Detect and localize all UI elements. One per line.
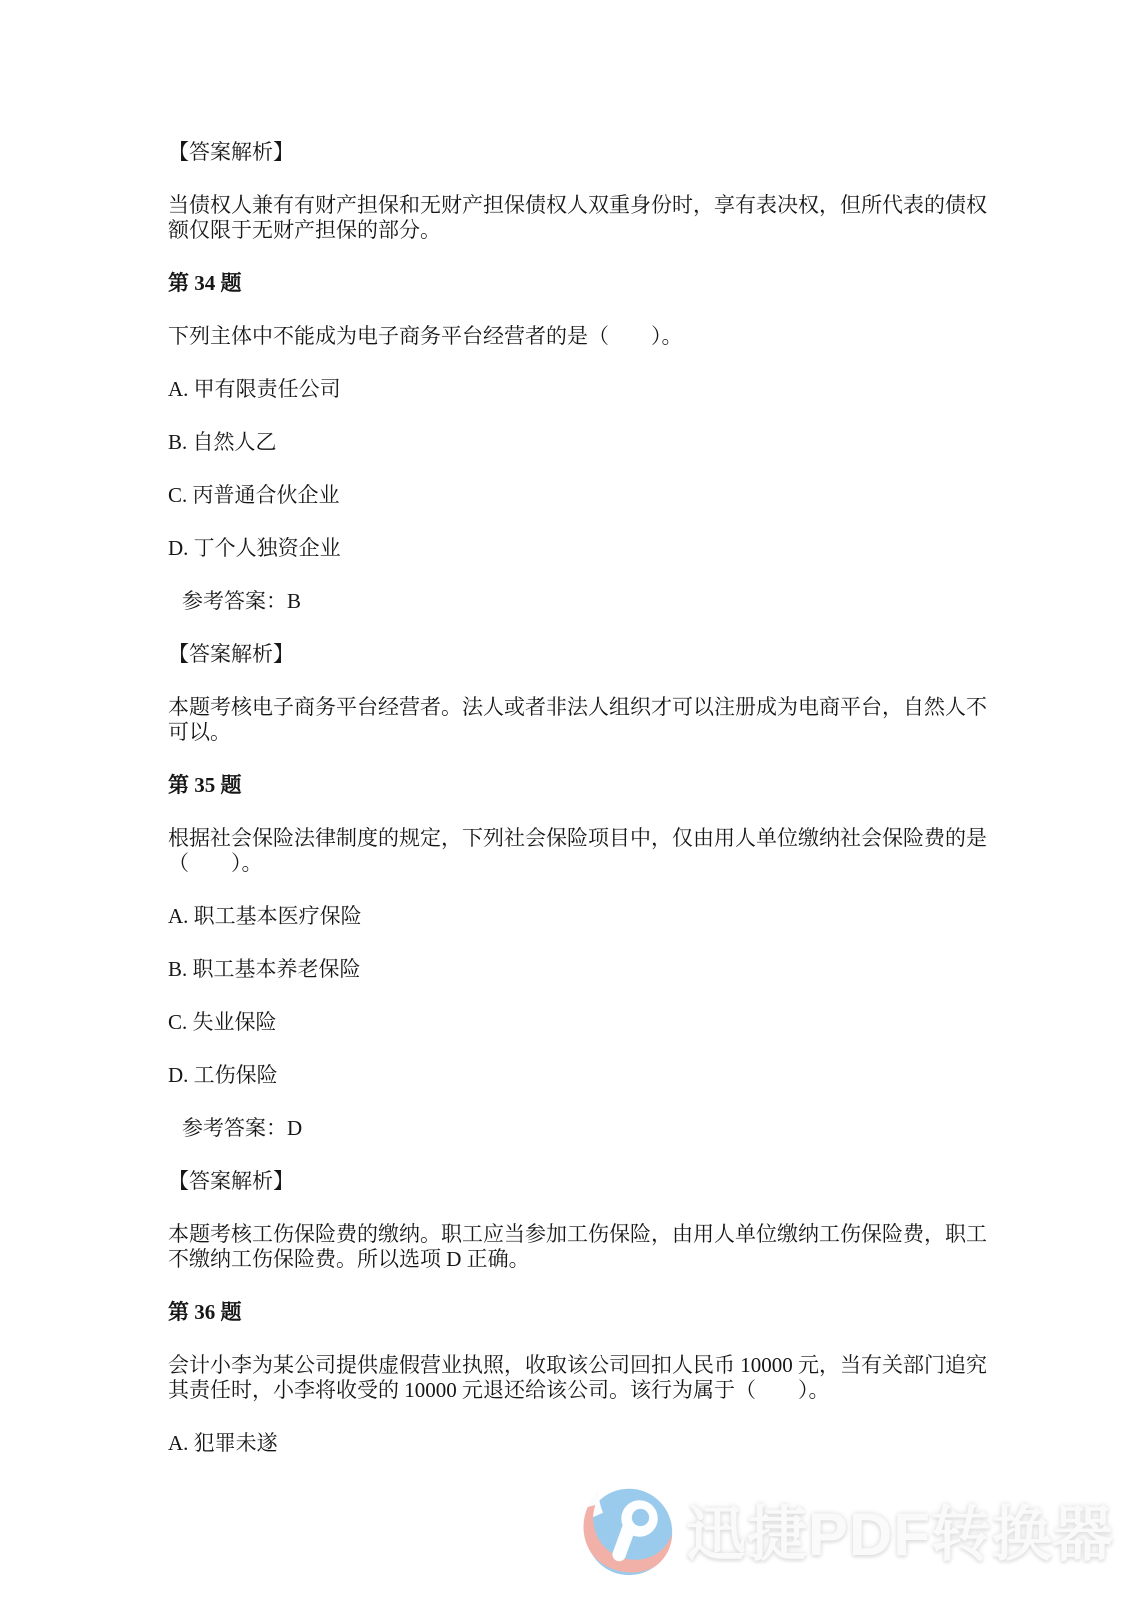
question-34-option-b: B. 自然人乙 xyxy=(168,430,1098,455)
question-35-analysis-text: 本题考核工伤保险费的缴纳。职工应当参加工伤保险，由用人单位缴纳工伤保险费，职工 … xyxy=(168,1222,1098,1272)
question-35-reference-answer: 参考答案：D xyxy=(168,1116,1098,1141)
question-36-stem: 会计小李为某公司提供虚假营业执照，收取该公司回扣人民币 10000 元，当有关部… xyxy=(168,1353,1098,1403)
question-35-analysis-heading: 【答案解析】 xyxy=(168,1169,1098,1194)
question-34-analysis-text: 本题考核电子商务平台经营者。法人或者非法人组织才可以注册成为电商平台，自然人不 … xyxy=(168,695,1098,745)
question-35-option-b: B. 职工基本养老保险 xyxy=(168,957,1098,982)
document-page: 【答案解析】 当债权人兼有有财产担保和无财产担保债权人双重身份时，享有表决权，但… xyxy=(168,140,1098,1484)
question-34-option-d: D. 丁个人独资企业 xyxy=(168,536,1098,561)
question-34-number: 第 34 题 xyxy=(168,271,1098,296)
pdf-converter-logo-icon xyxy=(580,1482,676,1578)
question-35-option-c: C. 失业保险 xyxy=(168,1010,1098,1035)
watermark: 迅捷PDF转换器 xyxy=(580,1482,1114,1578)
question-34-stem: 下列主体中不能成为电子商务平台经营者的是（ ）。 xyxy=(168,324,1098,349)
question-34-option-c: C. 丙普通合伙企业 xyxy=(168,483,1098,508)
question-36-number: 第 36 题 xyxy=(168,1300,1098,1325)
question-36-option-a: A. 犯罪未遂 xyxy=(168,1431,1098,1456)
analysis-heading-prev: 【答案解析】 xyxy=(168,140,1098,165)
analysis-text-prev: 当债权人兼有有财产担保和无财产担保债权人双重身份时，享有表决权，但所代表的债权 … xyxy=(168,193,1098,243)
question-35-option-d: D. 工伤保险 xyxy=(168,1063,1098,1088)
question-35-stem: 根据社会保险法律制度的规定，下列社会保险项目中，仅由用人单位缴纳社会保险费的是 … xyxy=(168,826,1098,876)
question-34-reference-answer: 参考答案：B xyxy=(168,589,1098,614)
question-34-option-a: A. 甲有限责任公司 xyxy=(168,377,1098,402)
question-35-number: 第 35 题 xyxy=(168,773,1098,798)
question-34-analysis-heading: 【答案解析】 xyxy=(168,642,1098,667)
watermark-text: 迅捷PDF转换器 xyxy=(686,1487,1114,1573)
question-35-option-a: A. 职工基本医疗保险 xyxy=(168,904,1098,929)
